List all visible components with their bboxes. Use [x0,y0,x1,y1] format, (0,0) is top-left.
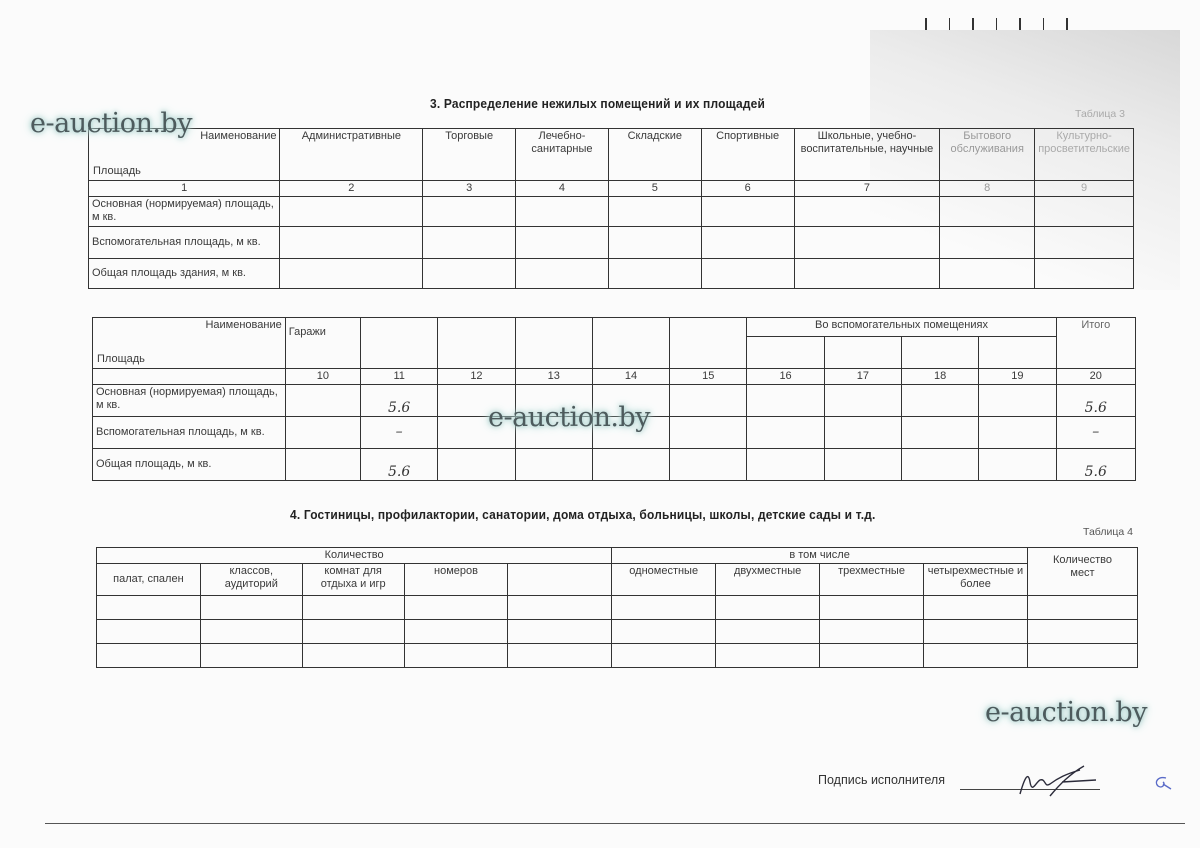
cell [97,620,201,644]
cell [285,385,360,417]
cell [716,620,820,644]
cell [979,417,1056,449]
cell [200,620,302,644]
cell [924,644,1028,668]
cell [940,259,1035,289]
cell [592,449,669,481]
cell [747,385,824,417]
cell [794,259,940,289]
col-number: 11 [361,369,438,385]
col-header: Складские [608,129,701,181]
table-row: Основная (нормируемая) площадь, м кв. [89,197,1134,227]
cell [924,596,1028,620]
col-header: классов, аудиторий [200,564,302,596]
cell [508,596,612,620]
col-header [515,318,592,369]
col-number: 7 [794,181,940,197]
cell-handwritten-total: 5.6 [1056,449,1135,481]
section-4-title: 4. Гостиницы, профилактории, санатории, … [290,507,876,522]
col-header: Культурно-просветительские [1035,129,1134,181]
col-number: 5 [608,181,701,197]
cell [794,197,940,227]
corner-bottom: Площадь [93,165,141,178]
cell [200,596,302,620]
cell [1027,596,1137,620]
col-number: 6 [701,181,794,197]
cell [302,644,404,668]
cell [820,596,924,620]
cell [979,385,1056,417]
cell [404,620,508,644]
cell [423,227,516,259]
cell [280,259,423,289]
table-3-label: Таблица 3 [1075,108,1125,120]
cell-handwritten: – [361,417,438,449]
col-header [592,318,669,369]
cell [97,644,201,668]
cell [901,449,978,481]
col-number: 13 [515,369,592,385]
row-label: Общая площадь, м кв. [93,449,286,481]
cell [516,227,609,259]
cell [508,620,612,644]
cell [901,385,978,417]
col-number: 1 [89,181,280,197]
document-page: 3. Распределение нежилых помещений и их … [0,0,1200,848]
col-number: 8 [940,181,1035,197]
cell [1027,620,1137,644]
col-header: Административные [280,129,423,181]
blue-mark-icon [1152,774,1174,792]
col-number: 20 [1056,369,1135,385]
col-number-empty [93,369,286,385]
watermark: e-auction.by [488,402,650,433]
col-header: Бытового обслуживания [940,129,1035,181]
table-4-label: Таблица 4 [1083,526,1133,538]
table-row [97,596,1138,620]
cell [940,227,1035,259]
row-label: Вспомогательная площадь, м кв. [89,227,280,259]
cell [820,644,924,668]
cell [979,449,1056,481]
col-header: двухместные [716,564,820,596]
cell [612,644,716,668]
cell [285,417,360,449]
table-row [97,644,1138,668]
including-group-header: в том числе [612,548,1028,564]
total-header: Итого [1056,318,1135,369]
table-row: Общая площадь, м кв. 5.6 5.6 [93,449,1136,481]
cell [794,227,940,259]
corner-header: Наименование Площадь [93,318,286,369]
col-header [438,318,515,369]
cell-handwritten: 5.6 [361,385,438,417]
col-number: 17 [824,369,901,385]
aux-col [979,337,1056,369]
col-header: Школьные, учебно-воспитательные, научные [794,129,940,181]
table-3b: Наименование Площадь Гаражи Во вспомогат… [92,317,1136,481]
cell [302,596,404,620]
row-label: Общая площадь здания, м кв. [89,259,280,289]
cell [423,259,516,289]
aux-col [747,337,824,369]
col-header: номеров [404,564,508,596]
col-header [670,318,747,369]
cell [508,644,612,668]
aux-col [824,337,901,369]
col-number: 15 [670,369,747,385]
cell [404,644,508,668]
col-header-garages: Гаражи [285,318,360,369]
col-number: 16 [747,369,824,385]
cell [901,417,978,449]
cell [1035,197,1134,227]
col-number: 9 [1035,181,1134,197]
cell [302,620,404,644]
table-row [97,620,1138,644]
cell [612,620,716,644]
col-number: 2 [280,181,423,197]
cell [516,197,609,227]
cell [747,449,824,481]
col-number: 18 [901,369,978,385]
col-header: четырехместные и более [924,564,1028,596]
cell-handwritten: 5.6 [361,449,438,481]
col-number: 12 [438,369,515,385]
cell [716,596,820,620]
cell [608,227,701,259]
page-bottom-rule [45,823,1185,824]
col-header: трехместные [820,564,924,596]
table-row: Общая площадь здания, м кв. [89,259,1134,289]
row-label: Вспомогательная площадь, м кв. [93,417,286,449]
cell [670,417,747,449]
col-number: 3 [423,181,516,197]
cell-handwritten-total: 5.6 [1056,385,1135,417]
cell [1035,227,1134,259]
col-header: комнат для отдыха и игр [302,564,404,596]
cell [285,449,360,481]
cell [608,259,701,289]
col-number: 19 [979,369,1056,385]
row-label: Основная (нормируемая) площадь, м кв. [89,197,280,227]
scan-tick-marks [925,18,1068,30]
col-header: Спортивные [701,129,794,181]
aux-group-header: Во вспомогательных помещениях [747,318,1056,337]
col-header: одноместные [612,564,716,596]
aux-col [901,337,978,369]
cell [716,644,820,668]
cell [608,197,701,227]
cell [1027,644,1137,668]
cell [516,259,609,289]
watermark: e-auction.by [985,697,1147,728]
table-row: Вспомогательная площадь, м кв. [89,227,1134,259]
col-header: Лечебно-санитарные [516,129,609,181]
col-header [508,564,612,596]
cell [701,259,794,289]
col-number: 14 [592,369,669,385]
cell [820,620,924,644]
section-3-title: 3. Распределение нежилых помещений и их … [430,96,765,111]
cell [670,385,747,417]
cell [438,449,515,481]
cell [404,596,508,620]
cell [824,417,901,449]
signature-scribble-icon [1010,760,1130,800]
table-4: Количество в том числе Количество мест п… [96,547,1138,668]
col-header: палат, спален [97,564,201,596]
seats-header: Количество мест [1027,548,1137,596]
col-number: 4 [516,181,609,197]
cell [612,596,716,620]
cell [200,644,302,668]
col-header [361,318,438,369]
corner-top: Наименование [96,319,282,332]
cell [280,197,423,227]
cell [280,227,423,259]
cell-handwritten-total: – [1056,417,1135,449]
cell [824,449,901,481]
watermark: e-auction.by [30,108,192,139]
signature-label: Подпись исполнителя [818,773,945,787]
cell [423,197,516,227]
cell [747,417,824,449]
cell [940,197,1035,227]
cell [1035,259,1134,289]
quantity-group-header: Количество [97,548,612,564]
cell [701,227,794,259]
col-number: 10 [285,369,360,385]
corner-bottom: Площадь [97,353,145,366]
cell [924,620,1028,644]
cell [701,197,794,227]
row-label: Основная (нормируемая) площадь, м кв. [93,385,286,417]
cell [824,385,901,417]
cell [670,449,747,481]
col-header: Торговые [423,129,516,181]
cell [515,449,592,481]
table-3a: Наименование Площадь Административные То… [88,128,1134,289]
cell [97,596,201,620]
